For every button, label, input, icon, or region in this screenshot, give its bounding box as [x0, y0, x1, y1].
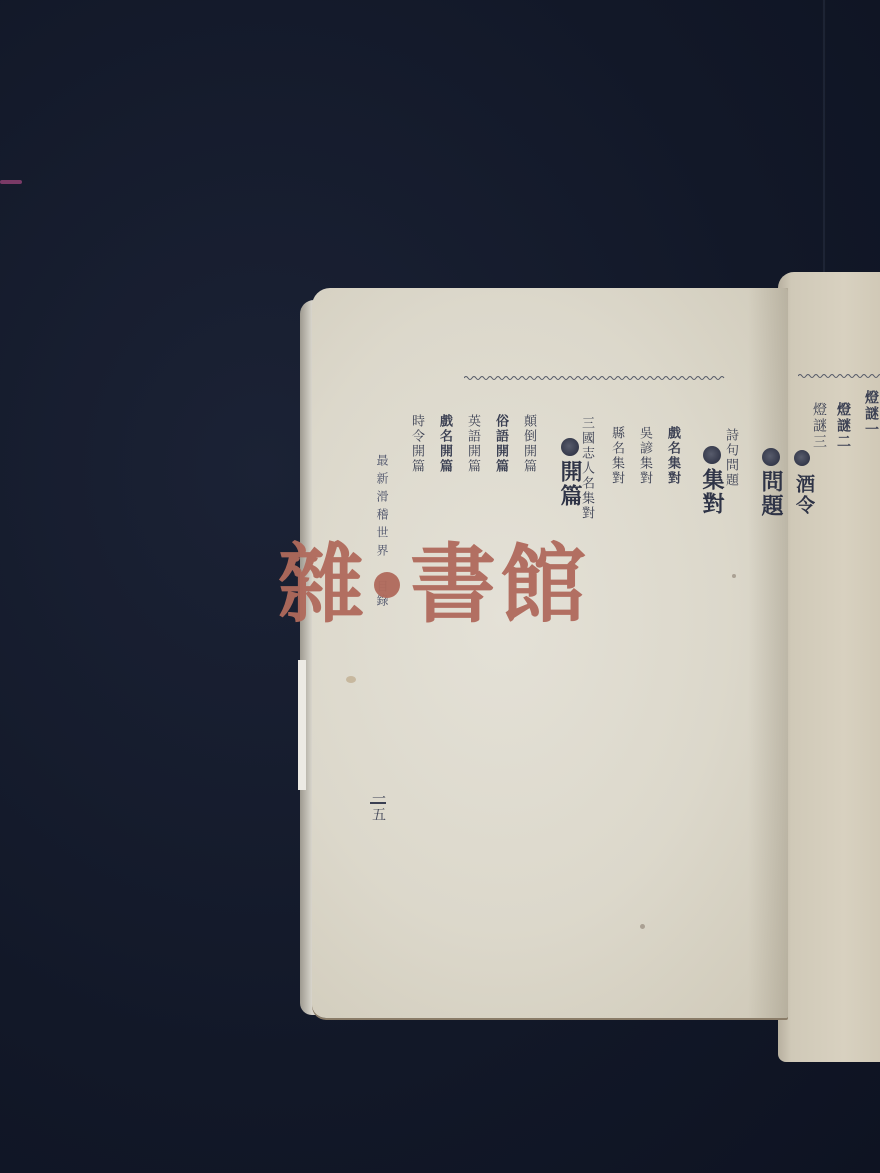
page-gutter-shadow [748, 288, 788, 1018]
toc-item-xianming-jidui: 縣名集對 [610, 426, 623, 486]
toc-item-suyu-kaipian: 俗語開篇 [494, 414, 507, 474]
toc-item-ximing-kaipian: 戲名開篇 [438, 414, 451, 474]
cloth-fold [822, 0, 826, 290]
toc-heading-jiuling: 酒令 [794, 450, 832, 516]
watermark: 雜 書 館 [278, 530, 608, 640]
toc-item-yingyu-kaipian: 英語開篇 [466, 414, 479, 474]
paper-spot [640, 924, 645, 929]
pink-thread-mark [0, 180, 22, 184]
bullet-icon [703, 446, 721, 464]
bullet-icon [561, 438, 579, 456]
toc-item-diandao-kaipian: 顛倒開篇 [522, 414, 535, 474]
wavy-rule [464, 374, 726, 382]
watermark-char: 書 [410, 542, 496, 628]
toc-item-wuyan-jidui: 吳諺集對 [638, 426, 651, 486]
toc-item-shiling-kaipian: 時令開篇 [410, 414, 423, 474]
toc-heading-jidui: 集對 [690, 446, 734, 516]
bullet-icon [794, 450, 810, 466]
page-number: 一五 [371, 791, 385, 823]
toc-heading-wenti: 問題 [749, 448, 793, 518]
watermark-char: 館 [500, 542, 586, 628]
bullet-icon [762, 448, 780, 466]
toc-item-dengmi-1: 燈謎一 [864, 390, 878, 438]
wavy-rule [798, 372, 880, 380]
paper-spot [732, 574, 736, 578]
toc-item-ximing-jidui: 戲名集對 [666, 426, 679, 486]
watermark-char: 雜 [278, 542, 364, 628]
toc-heading-kaipian: 開篇 [548, 438, 592, 508]
watermark-dot-icon [374, 572, 400, 598]
paper-stain [346, 676, 356, 683]
right-page: 燈謎一 燈謎二 燈謎三 酒令 [778, 272, 880, 1062]
toc-page: 問題 詩句問題 集對 戲名集對 吳諺集對 縣名集對 三國志人名集對 開篇 顛倒開… [312, 288, 788, 1018]
page-stack-highlight [298, 660, 306, 790]
toc-item-dengmi-2: 燈謎二 [836, 402, 850, 450]
toc-item-dengmi-3: 燈謎三 [812, 402, 826, 450]
